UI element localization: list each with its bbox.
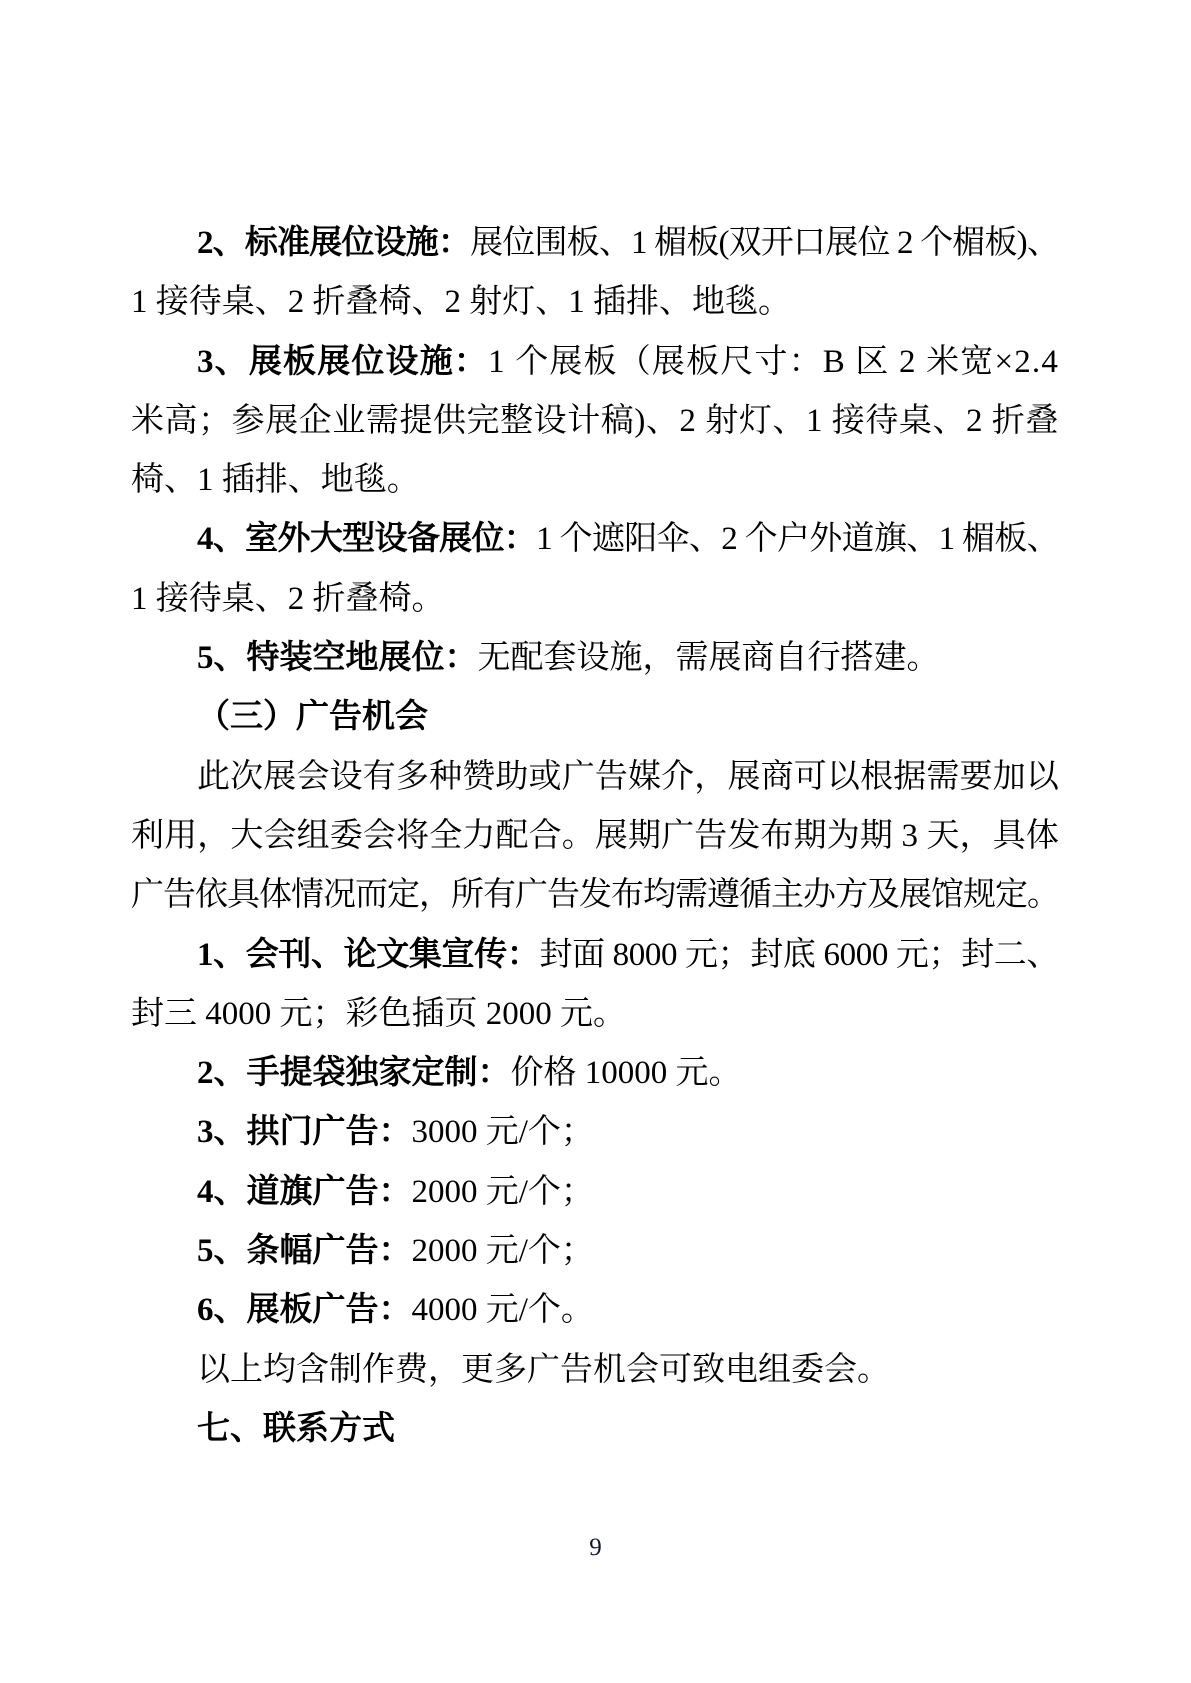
text-line: 米高；参展企业需提供完整设计稿)、2 射灯、1 接待桌、2 折叠: [131, 392, 1059, 451]
text-line: 1 接待桌、2 折叠椅。: [131, 570, 1059, 629]
bold-run: 2、标准展位设施：: [197, 225, 470, 261]
text-line: 七、联系方式: [131, 1400, 1059, 1459]
page-number: 9: [589, 1534, 602, 1561]
text-line-content: 广告依具体情况而定，所有广告发布均需遵循主办方及展馆规定。: [131, 866, 1059, 925]
text-line: （三）广告机会: [131, 688, 1059, 747]
bold-run: 七、联系方式: [197, 1411, 395, 1447]
text-line: 4、道旗广告：2000 元/个；: [131, 1163, 1059, 1222]
text-run: 1 个展板（展板尺寸：B 区 2 米宽×2.4: [488, 344, 1059, 380]
text-line-content: 2、手提袋独家定制：价格 10000 元。: [197, 1044, 742, 1103]
text-line-content: （三）广告机会: [197, 688, 428, 747]
text-line: 5、特装空地展位：无配套设施，需展商自行搭建。: [131, 629, 1059, 688]
text-run: 无配套设施，需展商自行搭建。: [478, 640, 940, 676]
text-line-content: 4、道旗广告：2000 元/个；: [197, 1163, 594, 1222]
bold-run: 6、展板广告：: [197, 1292, 412, 1328]
bold-run: 5、特装空地展位：: [197, 640, 478, 676]
text-line: 椅、1 插排、地毯。: [131, 451, 1059, 510]
text-line-content: 6、展板广告：4000 元/个。: [197, 1281, 594, 1340]
text-line-content: 1 接待桌、2 折叠椅、2 射灯、1 插排、地毯。: [131, 273, 791, 332]
text-line: 2、手提袋独家定制：价格 10000 元。: [131, 1044, 1059, 1103]
bold-run: 1、会刊、论文集宣传：: [197, 937, 539, 973]
text-line-content: 5、特装空地展位：无配套设施，需展商自行搭建。: [197, 629, 940, 688]
text-run: 1 接待桌、2 折叠椅。: [131, 581, 445, 617]
text-line-content: 椅、1 插排、地毯。: [131, 451, 420, 510]
text-line: 3、拱门广告：3000 元/个；: [131, 1103, 1059, 1162]
text-line: 以上均含制作费，更多广告机会可致电组委会。: [131, 1341, 1059, 1400]
document-page: 2、标准展位设施：展位围板、1 楣板(双开口展位 2 个楣板)、1 接待桌、2 …: [0, 0, 1191, 1683]
text-line-content: 4、室外大型设备展位：1 个遮阳伞、2 个户外道旗、1 楣板、: [197, 510, 1059, 569]
text-line-content: 3、拱门广告：3000 元/个；: [197, 1103, 594, 1162]
bold-run: 5、条幅广告：: [197, 1233, 412, 1269]
text-line-content: 以上均含制作费，更多广告机会可致电组委会。: [197, 1341, 890, 1400]
text-run: 利用，大会组委会将全力配合。展期广告发布期为期 3 天，具体: [131, 818, 1059, 854]
text-line-content: 七、联系方式: [197, 1400, 395, 1459]
bold-run: 2、手提袋独家定制：: [197, 1055, 511, 1091]
text-run: 米高；参展企业需提供完整设计稿)、2 射灯、1 接待桌、2 折叠: [131, 403, 1059, 439]
text-run: 价格 10000 元。: [511, 1055, 742, 1091]
text-run: 封三 4000 元；彩色插页 2000 元。: [131, 996, 626, 1032]
text-run: 1 接待桌、2 折叠椅、2 射灯、1 插排、地毯。: [131, 284, 791, 320]
text-run: 4000 元/个。: [412, 1292, 594, 1328]
text-run: 2000 元/个；: [412, 1174, 594, 1210]
text-line-content: 2、标准展位设施：展位围板、1 楣板(双开口展位 2 个楣板)、: [197, 214, 1059, 273]
bold-run: 4、道旗广告：: [197, 1174, 412, 1210]
text-run: 椅、1 插排、地毯。: [131, 462, 420, 498]
bold-run: （三）广告机会: [197, 699, 428, 735]
text-line-content: 米高；参展企业需提供完整设计稿)、2 射灯、1 接待桌、2 折叠: [131, 392, 1059, 451]
bold-run: 3、展板展位设施：: [197, 344, 488, 380]
text-line-content: 3、展板展位设施：1 个展板（展板尺寸：B 区 2 米宽×2.4: [197, 333, 1059, 392]
text-line-content: 此次展会设有多种赞助或广告媒介，展商可以根据需要加以: [197, 748, 1059, 807]
bold-run: 3、拱门广告：: [197, 1114, 412, 1150]
text-run: 此次展会设有多种赞助或广告媒介，展商可以根据需要加以: [197, 759, 1059, 795]
text-run: 2000 元/个；: [412, 1233, 594, 1269]
text-line: 1 接待桌、2 折叠椅、2 射灯、1 插排、地毯。: [131, 273, 1059, 332]
text-line: 广告依具体情况而定，所有广告发布均需遵循主办方及展馆规定。: [131, 866, 1059, 925]
text-line: 6、展板广告：4000 元/个。: [131, 1281, 1059, 1340]
bold-run: 4、室外大型设备展位：: [197, 521, 536, 557]
text-line: 2、标准展位设施：展位围板、1 楣板(双开口展位 2 个楣板)、: [131, 214, 1059, 273]
text-run: 3000 元/个；: [412, 1114, 594, 1150]
text-run: 1 个遮阳伞、2 个户外道旗、1 楣板、: [536, 521, 1059, 557]
page-footer: 9: [0, 1533, 1191, 1563]
text-run: 广告依具体情况而定，所有广告发布均需遵循主办方及展馆规定。: [131, 877, 1059, 913]
text-run: 展位围板、1 楣板(双开口展位 2 个楣板)、: [470, 225, 1059, 261]
text-line: 利用，大会组委会将全力配合。展期广告发布期为期 3 天，具体: [131, 807, 1059, 866]
text-line: 此次展会设有多种赞助或广告媒介，展商可以根据需要加以: [131, 748, 1059, 807]
document-body: 2、标准展位设施：展位围板、1 楣板(双开口展位 2 个楣板)、1 接待桌、2 …: [131, 214, 1059, 1459]
text-line: 3、展板展位设施：1 个展板（展板尺寸：B 区 2 米宽×2.4: [131, 333, 1059, 392]
text-line-content: 1 接待桌、2 折叠椅。: [131, 570, 445, 629]
text-run: 以上均含制作费，更多广告机会可致电组委会。: [197, 1352, 890, 1388]
text-line: 封三 4000 元；彩色插页 2000 元。: [131, 985, 1059, 1044]
text-line-content: 封三 4000 元；彩色插页 2000 元。: [131, 985, 626, 1044]
text-line-content: 5、条幅广告：2000 元/个；: [197, 1222, 594, 1281]
text-run: 封面 8000 元；封底 6000 元；封二、: [539, 937, 1059, 973]
text-line-content: 1、会刊、论文集宣传：封面 8000 元；封底 6000 元；封二、: [197, 926, 1059, 985]
text-line: 4、室外大型设备展位：1 个遮阳伞、2 个户外道旗、1 楣板、: [131, 510, 1059, 569]
text-line: 1、会刊、论文集宣传：封面 8000 元；封底 6000 元；封二、: [131, 926, 1059, 985]
text-line: 5、条幅广告：2000 元/个；: [131, 1222, 1059, 1281]
text-line-content: 利用，大会组委会将全力配合。展期广告发布期为期 3 天，具体: [131, 807, 1059, 866]
